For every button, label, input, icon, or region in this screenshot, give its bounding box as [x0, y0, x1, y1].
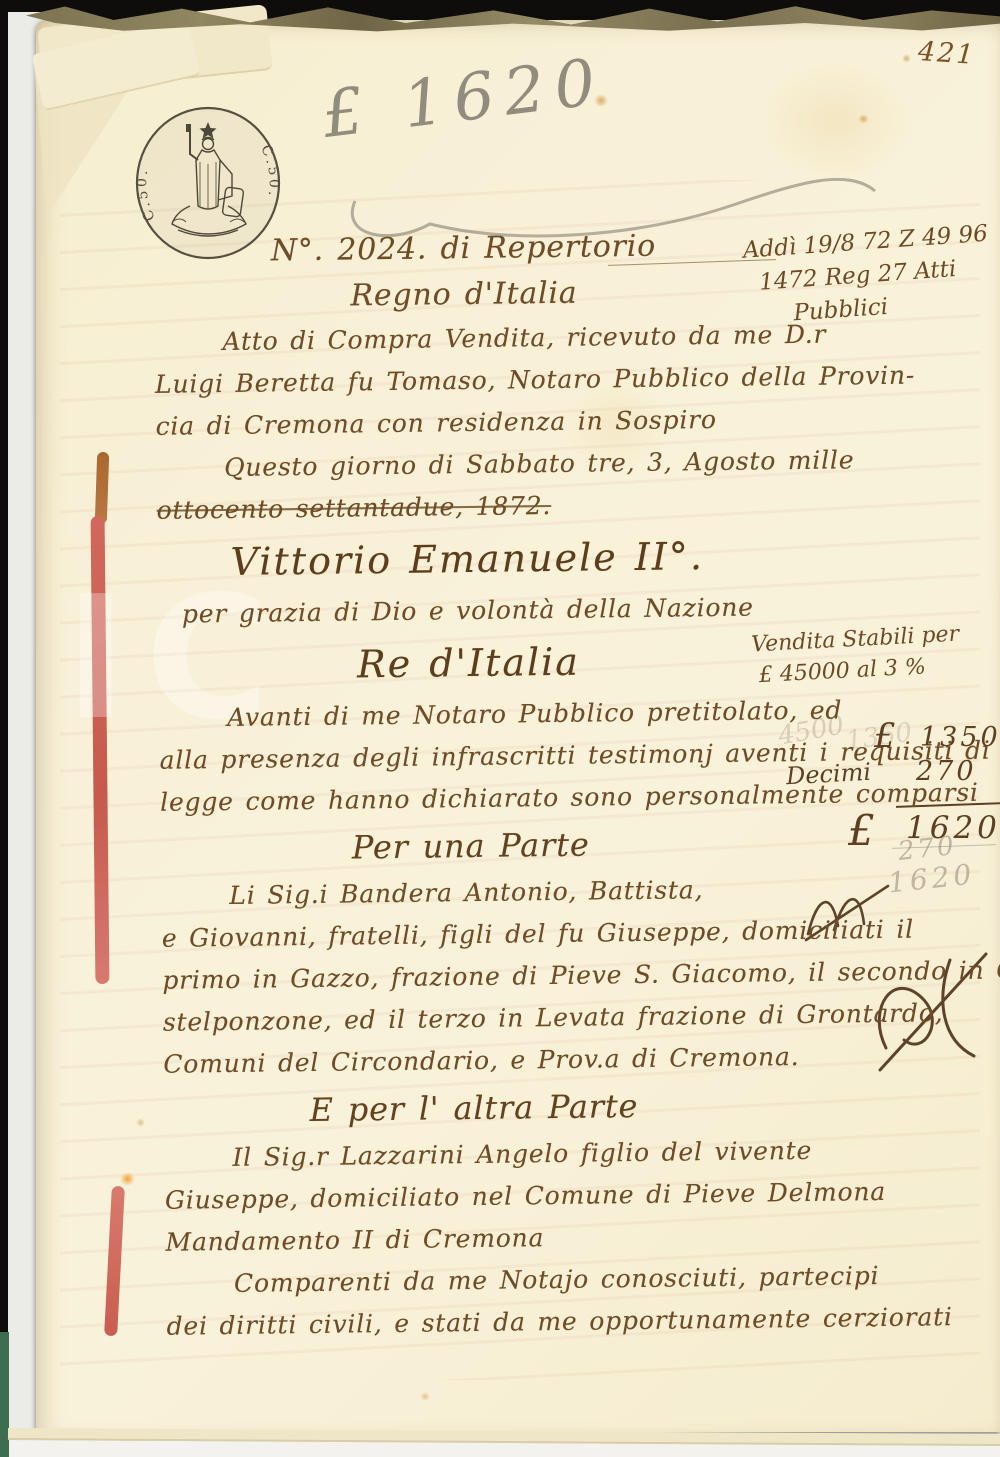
manuscript-line: legge come hanno dichiarato sono persona… — [160, 774, 780, 824]
manuscript-line: E per l' altra Parte — [164, 1078, 785, 1138]
manuscript-line: Per una Parte — [160, 816, 781, 876]
folio-number: 421 — [917, 36, 977, 71]
manuscript: N°. 2024. di RepertorioRegno d'ItaliaAtt… — [153, 222, 787, 1347]
manuscript-line: dei diritti civili, e stati da me opport… — [166, 1298, 786, 1348]
manuscript-line: N°. 2024. di Repertorio — [153, 222, 774, 276]
manuscript-line: Li Sig.i Bandera Antonio, Battista, — [161, 868, 781, 918]
calc-total-currency: £ — [848, 806, 875, 855]
manuscript-line: Questo giorno di Sabbato tre, 3, Agosto … — [156, 440, 776, 490]
binding-ribbon-segment — [95, 452, 110, 524]
manuscript-line: per grazia di Dio e volontà della Nazion… — [158, 586, 778, 636]
manuscript-line: Regno d'Italia — [154, 268, 775, 322]
manuscript-line: Comuni del Circondario, e Prov.a di Crem… — [163, 1036, 783, 1086]
margin-sale-note: Vendita Stabili per £ 45000 al 3 % — [751, 619, 962, 692]
manuscript-line: Vittorio Emanuele II°. — [157, 524, 778, 594]
manuscript-line: Giuseppe, domiciliato nel Comune di Piev… — [165, 1172, 785, 1222]
manuscript-line: Re d'Italia — [158, 628, 779, 698]
